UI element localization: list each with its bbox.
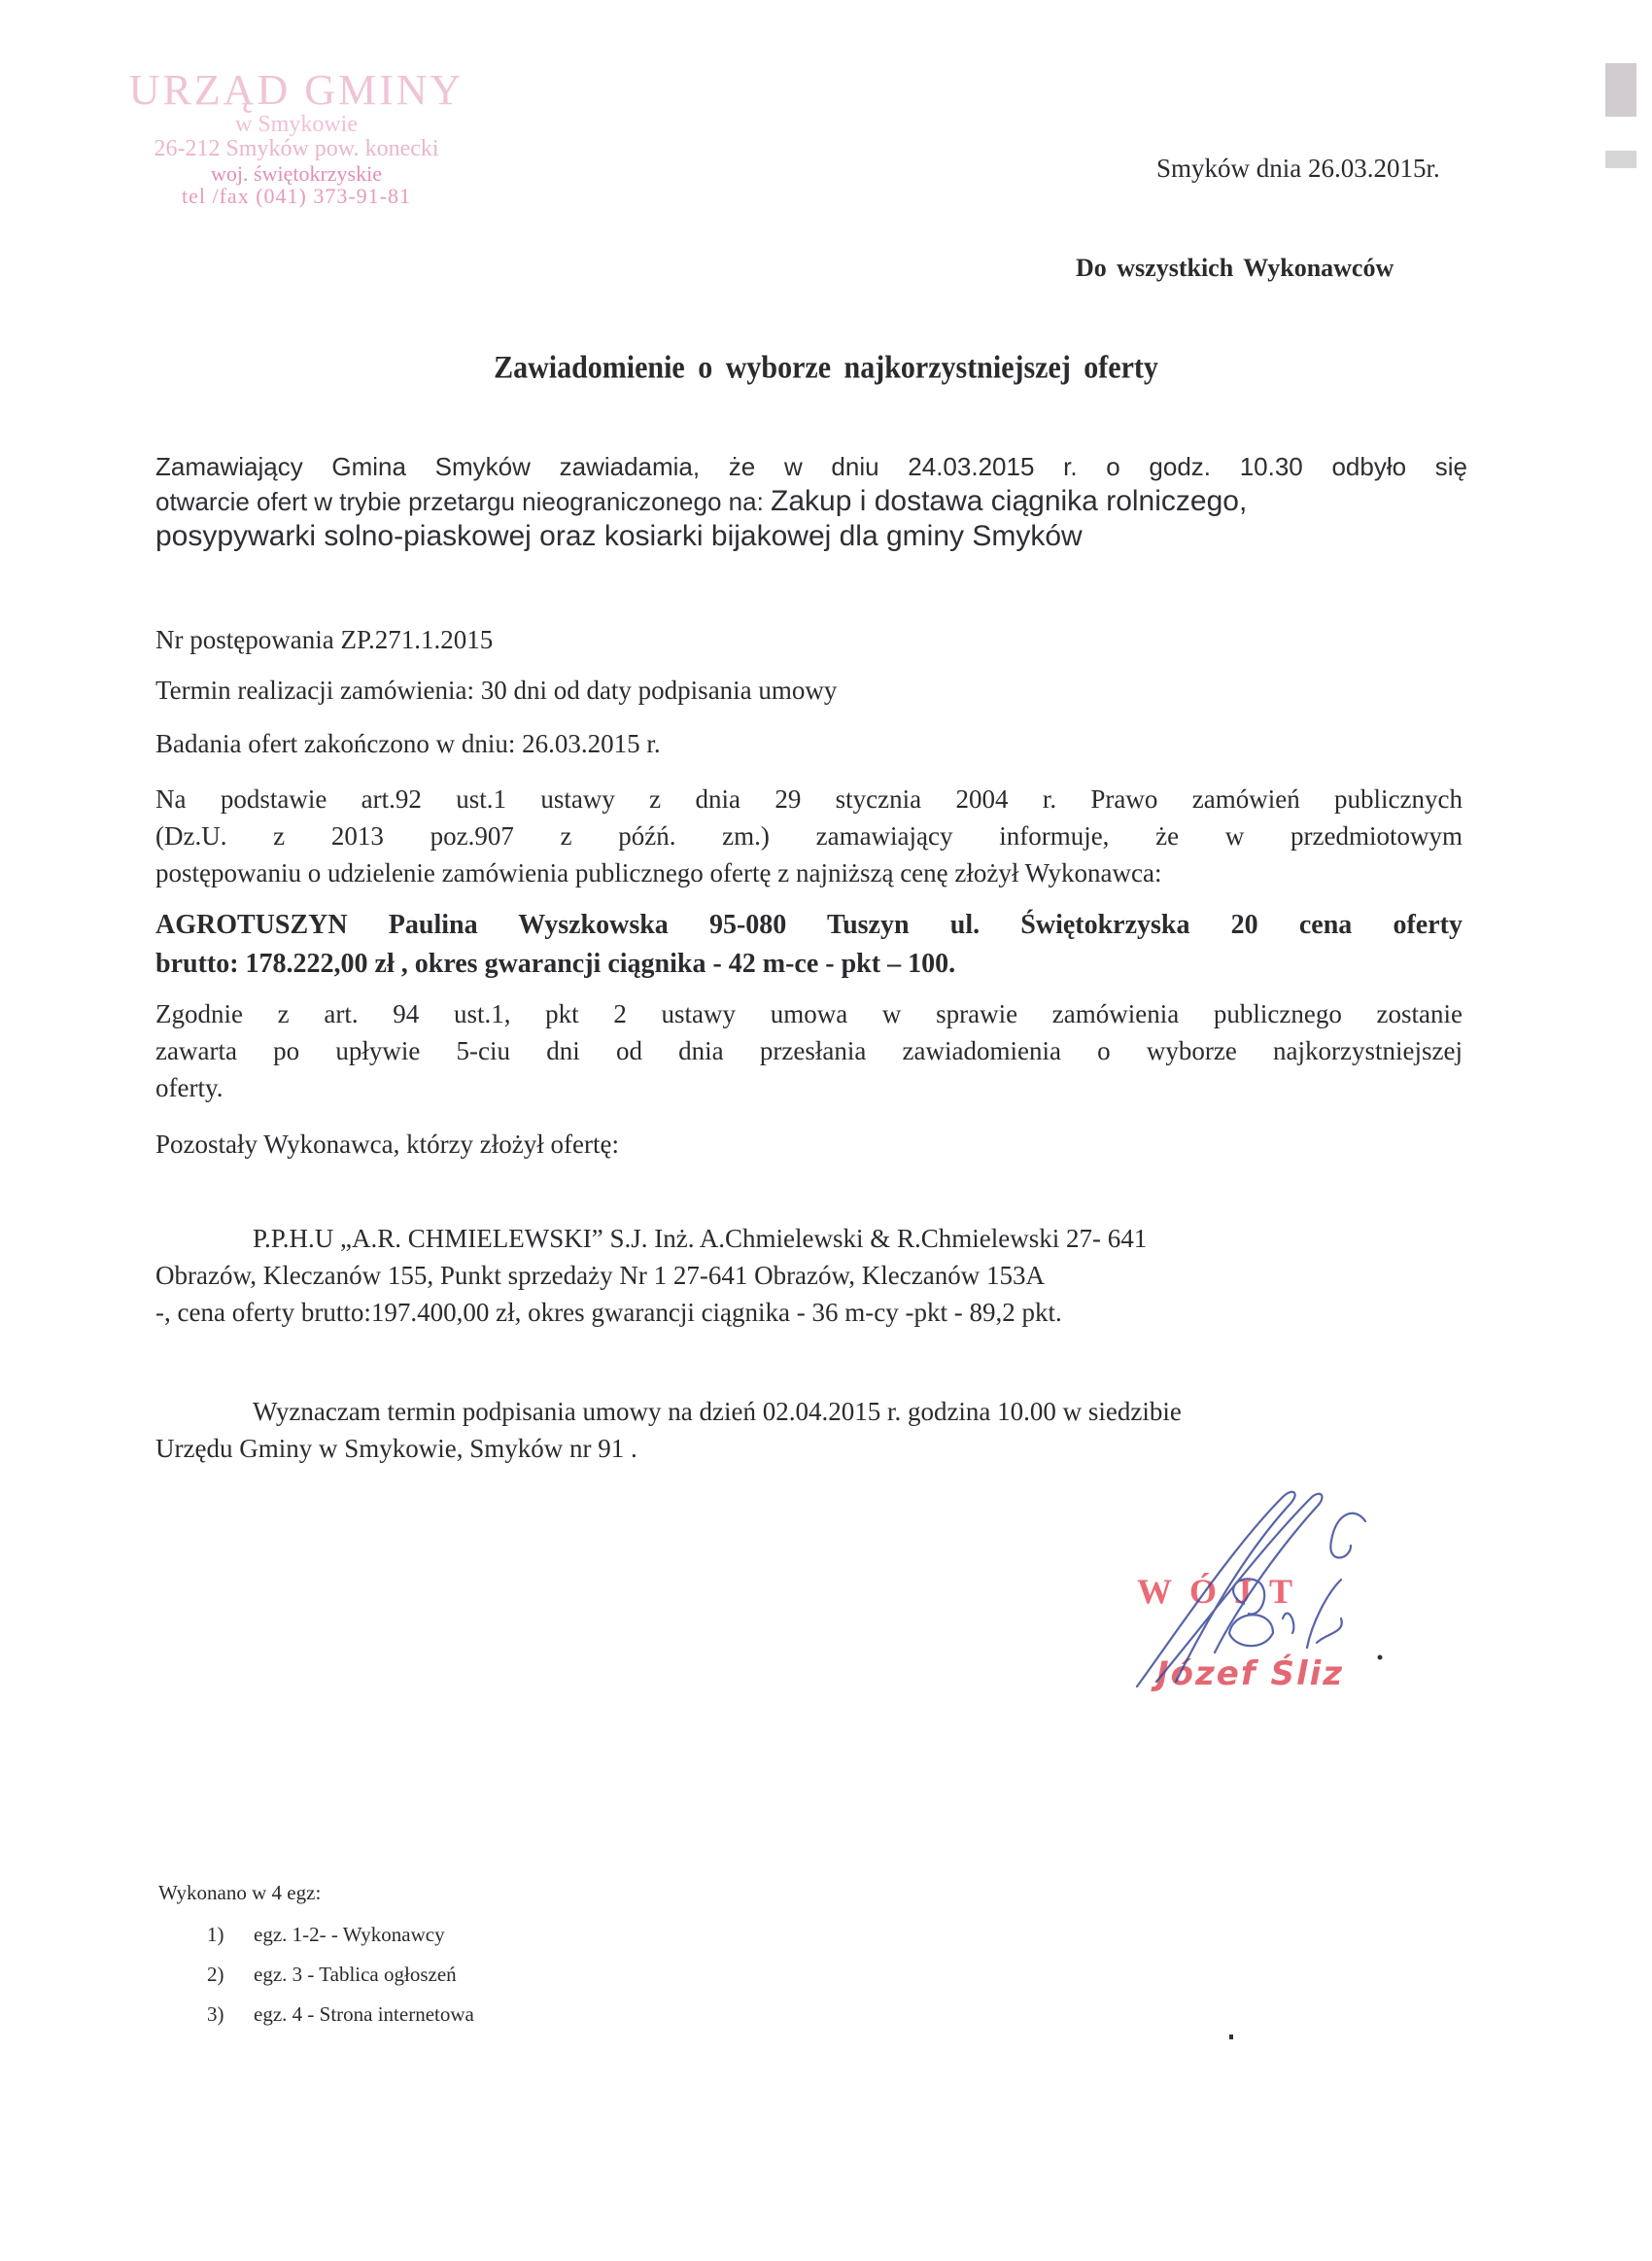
copy-item-text: egz. 4 - Strona internetowa <box>254 2002 474 2026</box>
intro-line-1: Zamawiający Gmina Smyków zawiadamia, że … <box>155 450 1467 484</box>
stamp-office-name: URZĄD GMINY <box>117 68 476 113</box>
handwritten-signature-icon <box>1118 1487 1428 1711</box>
copy-item-number: 2) <box>207 1963 254 1987</box>
other-bidders-heading: Pozostały Wykonawca, którzy złożył ofert… <box>155 1126 1463 1163</box>
procurement-subject-cont: posypywarki solno-piaskowej oraz kosiark… <box>155 520 1083 552</box>
art94-line: Zgodnie z art. 94 ust.1, pkt 2 ustawy um… <box>155 995 1463 1032</box>
other-bidder: P.P.H.U „A.R. CHMIELEWSKI” S.J. Inż. A.C… <box>155 1220 1463 1331</box>
copies-list: Wykonano w 4 egz: 1)egz. 1-2- - Wykonawc… <box>158 1881 474 2042</box>
stamp-address: 26-212 Smyków pow. konecki <box>117 137 476 161</box>
evaluation-date: Badania ofert zakończono w dniu: 26.03.2… <box>155 729 661 759</box>
ink-dot <box>1378 1655 1383 1660</box>
letterhead-stamp: URZĄD GMINY w Smykowie 26-212 Smyków pow… <box>117 68 476 207</box>
procurement-subject: Zakup i dostawa ciągnika rolniczego, <box>771 485 1247 517</box>
signing-line: Wyznaczam termin podpisania umowy na dzi… <box>155 1393 1463 1430</box>
procedure-number: Nr postępowania ZP.271.1.2015 <box>155 625 493 655</box>
stamp-voivodeship: woj. świętokrzyskie <box>117 162 476 185</box>
art94-line: oferty. <box>155 1069 1463 1106</box>
winner-line: brutto: 178.222,00 zł , okres gwarancji … <box>155 945 1463 984</box>
copy-item: 2)egz. 3 - Tablica ogłoszeń <box>158 1963 474 1987</box>
signing-line: Urzędu Gminy w Smykowie, Smyków nr 91 . <box>155 1430 1463 1467</box>
legal-basis-line: (Dz.U. z 2013 poz.907 z późń. zm.) zamaw… <box>155 817 1463 854</box>
other-bidder-line: P.P.H.U „A.R. CHMIELEWSKI” S.J. Inż. A.C… <box>155 1220 1463 1257</box>
intro-line-2: otwarcie ofert w trybie przetargu nieogr… <box>155 487 1247 516</box>
intro-line-2-prefix: otwarcie ofert w trybie przetargu nieogr… <box>155 487 771 516</box>
scan-speck <box>1229 2035 1233 2039</box>
copy-item: 3)egz. 4 - Strona internetowa <box>158 2002 474 2027</box>
legal-basis-line: Na podstawie art.92 ust.1 ustawy z dnia … <box>155 781 1463 817</box>
addressee: Do wszystkich Wykonawców <box>1076 254 1394 283</box>
document-title: Zawiadomienie o wyborze najkorzystniejsz… <box>0 351 1652 387</box>
other-bidder-line: Obrazów, Kleczanów 155, Punkt sprzedaży … <box>155 1257 1463 1294</box>
winner-line: AGROTUSZYN Paulina Wyszkowska 95-080 Tus… <box>155 906 1463 945</box>
scan-artifact <box>1605 63 1636 117</box>
signature-block: WÓJT Józef Śliz <box>1118 1487 1428 1711</box>
signing-date-paragraph: Wyznaczam termin podpisania umowy na dzi… <box>155 1393 1463 1467</box>
copy-item: 1)egz. 1-2- - Wykonawcy <box>158 1923 474 1947</box>
copy-item-text: egz. 3 - Tablica ogłoszeń <box>254 1963 457 1986</box>
art94-paragraph: Zgodnie z art. 94 ust.1, pkt 2 ustawy um… <box>155 995 1463 1106</box>
other-bidder-line: -, cena oferty brutto:197.400,00 zł, okr… <box>155 1294 1463 1331</box>
copy-item-number: 3) <box>207 2002 254 2027</box>
winning-bid: AGROTUSZYN Paulina Wyszkowska 95-080 Tus… <box>155 906 1463 984</box>
copy-item-number: 1) <box>207 1923 254 1947</box>
stamp-locality: w Smykowie <box>117 113 476 137</box>
legal-basis-line: postępowaniu o udzielenie zamówienia pub… <box>155 854 1463 891</box>
stamp-phone: tel /fax (041) 373-91-81 <box>117 185 476 207</box>
copy-item-text: egz. 1-2- - Wykonawcy <box>254 1923 445 1946</box>
copies-heading: Wykonano w 4 egz: <box>158 1881 474 1905</box>
intro-paragraph: Zamawiający Gmina Smyków zawiadamia, że … <box>155 450 1467 554</box>
legal-basis-paragraph: Na podstawie art.92 ust.1 ustawy z dnia … <box>155 781 1463 891</box>
scan-artifact <box>1605 151 1636 168</box>
place-date: Smyków dnia 26.03.2015r. <box>1156 154 1440 184</box>
art94-line: zawarta po upływie 5-ciu dni od dnia prz… <box>155 1032 1463 1069</box>
completion-term: Termin realizacji zamówienia: 30 dni od … <box>155 676 837 706</box>
